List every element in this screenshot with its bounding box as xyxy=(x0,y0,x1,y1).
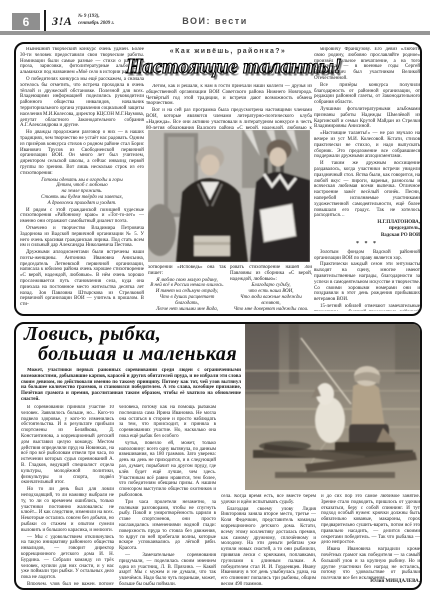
paragraph: И рядом с этой гражданской позицией чуде… xyxy=(20,208,144,225)
paragraph: Три часа пролетели незаметно, за полными… xyxy=(119,500,216,552)
author-signature: Н.Г.ПЛАТОНОВА, председатель, Вадская РО … xyxy=(314,220,420,239)
paragraph: хотворении «Исповедь» она так пишет: xyxy=(148,265,226,277)
article2-column2: человека, потому как на помощь рыбакам п… xyxy=(119,405,216,585)
paragraph: — Мы с удовольствием откликнулись на так… xyxy=(21,535,114,581)
paragraph: ровать стихотворение нашей Зои Павловны … xyxy=(230,265,312,282)
poem-excerpt: Готовы одевать мы в огороды и горы Детям… xyxy=(20,178,144,207)
paragraph: Лучшими фотолитературными альбомами приз… xyxy=(314,107,420,130)
poem-line: Что в душах расцветает благодать, xyxy=(148,295,226,307)
paragraph: Практически каждый сезон эти энтузиасты … xyxy=(314,262,420,303)
paragraph: мировичу Французову. Его девиз «Любите с… xyxy=(314,47,420,82)
article2-lead: Может, участники первых районных соревно… xyxy=(21,368,241,401)
article-fishing-frame: Ловись, рыбка, большая и маленькая Может… xyxy=(14,322,422,590)
article1-headline: Настоящие таланты! xyxy=(126,54,326,79)
paragraph: и до сих пор это самое любимое занятие. … xyxy=(321,494,420,546)
article-talents-frame: Нынешний творческий конкурс очень удачен… xyxy=(14,42,422,316)
group-photo xyxy=(148,130,310,262)
paragraph: Все призёры конкурса получили благодарно… xyxy=(314,83,420,106)
signature-line: Вадская РО ВОИ xyxy=(314,233,420,239)
section-divider-stars: * * * xyxy=(314,241,420,248)
paragraph: Но то ли день был для ловли неподходящий… xyxy=(21,487,114,533)
paragraph: Благодаря своему улову Лидия Викторовна … xyxy=(221,507,316,585)
poem-excerpt: Я люблю свою малую родину, В ней всё в Р… xyxy=(148,278,226,311)
paragraph: Отмечено и творчество Владимира Петрович… xyxy=(20,226,144,249)
paragraph: В соревновании приняли участие 10 челове… xyxy=(21,405,114,486)
paragraph: Ивана Ивановича наградили кроме почётных… xyxy=(321,547,420,579)
article2-headline-line2: большая и маленькая xyxy=(38,343,237,366)
paragraph: И таким же дружным восхищение раздавалос… xyxy=(314,161,420,219)
paragraph: Дружными аплодисментами были встречены н… xyxy=(20,250,144,308)
article1-caption-col2: ровать стихотворение нашей Зои Павловны … xyxy=(230,265,312,311)
article1-caption-col1: хотворении «Исповедь» она так пишет: Я л… xyxy=(148,265,226,311)
paragraph: человека, потому как на помощь рыбакам п… xyxy=(119,405,216,440)
poem-line: Что люди важные надежды вселяют, xyxy=(230,295,312,307)
paragraph: Но дважды продолжаем разговор о них — в … xyxy=(20,130,144,176)
poem-line: Легче нет милыми мне Вада, xyxy=(148,307,226,311)
paragraph: — Замечательные соревнования придумали, … xyxy=(119,553,216,585)
paragraph: 15-летний юбилей отмечают замечательные … xyxy=(314,304,420,311)
section-masthead: ВОИ: вести xyxy=(0,16,430,26)
fishing-photo xyxy=(245,324,420,490)
paragraph: чутья, повезло ей, может, только наполов… xyxy=(119,441,216,499)
poem-line: Что мне доверяют надежды свои. xyxy=(230,307,312,311)
article2-column1: В соревновании приняли участие 10 челове… xyxy=(21,405,114,585)
paragraph: О победителях конкурса мы ещё расскажем,… xyxy=(20,77,144,129)
paragraph: «Настоящие таланты!» — не раз звучало на… xyxy=(314,131,420,160)
article1-right-column: мировичу Французову. Его девиз «Любите с… xyxy=(314,47,420,311)
fishing-photo-illustration xyxy=(245,324,420,490)
poem-excerpt: Благодарю судьбу, что есть наша ВОИ, Что… xyxy=(230,283,312,311)
poem-line: А дровосеки приходят и уходят. xyxy=(20,201,144,207)
paragraph: Может, участники первых районных соревно… xyxy=(21,368,241,401)
article1-left-column: Нынешний творческий конкурс очень удачен… xyxy=(20,47,144,311)
paragraph: Впрочем, улов был не важен, потому колич… xyxy=(21,582,114,585)
header-rule xyxy=(0,31,430,35)
article2-column4: и до сих пор это самое любимое занятие. … xyxy=(321,494,420,585)
article2-column3: села. Когда время есть, все вместе берём… xyxy=(221,494,316,585)
author-signature: Юлия МИНДАЛЕВА. xyxy=(321,579,420,585)
group-photo-illustration xyxy=(148,130,310,262)
paragraph: села. Когда время есть, все вместе берём… xyxy=(221,494,316,506)
column4-body: и до сих пор это самое любимое занятие. … xyxy=(321,494,420,579)
paragraph: Золотым фондом Вадской районной организа… xyxy=(314,250,420,262)
paragraph: Летом, как и решали, к нам в гости приех… xyxy=(146,84,312,107)
paragraph: Вот и на сей раз программа была предусмо… xyxy=(146,108,312,129)
article1-intro: Летом, как и решали, к нам в гости приех… xyxy=(146,84,312,129)
